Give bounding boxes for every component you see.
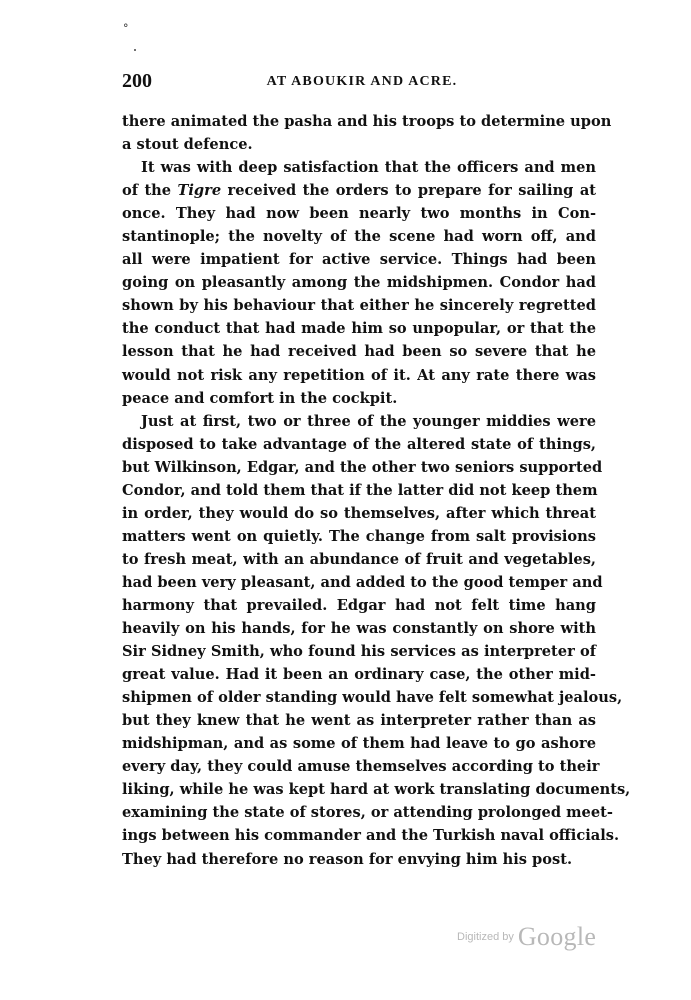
text-line: stantinople; the novelty of the scene ha… — [122, 225, 596, 248]
scan-artifact-dot — [134, 49, 136, 51]
text-line: liking, while he was kept hard at work t… — [122, 778, 596, 801]
text-line: matters went on quietly. The change from… — [122, 525, 596, 548]
text-line: a stout defence. — [122, 133, 596, 156]
text-line: Condor, and told them that if the latter… — [122, 479, 596, 502]
running-title: AT ABOUKIR AND ACRE. — [122, 74, 596, 90]
ship-name-italic: Tigre — [178, 182, 222, 199]
text-line: lesson that he had received had been so … — [122, 340, 596, 363]
text-line: all were impatient for active service. T… — [122, 248, 596, 271]
text-line: of the Tigre received the orders to prep… — [122, 179, 596, 202]
text-line: It was with deep satisfaction that the o… — [122, 156, 596, 179]
text-line: going on pleasantly among the midshipmen… — [122, 271, 596, 294]
text-line: great value. Had it been an ordinary cas… — [122, 663, 596, 686]
scan-artifact-mark: ° — [123, 22, 129, 35]
text-line: to fresh meat, with an abundance of frui… — [122, 548, 596, 571]
text-line: shipmen of older standing would have fel… — [122, 686, 596, 709]
text-line: peace and comfort in the cockpit. — [122, 387, 596, 410]
text-line: in order, they would do so themselves, a… — [122, 502, 596, 525]
text-segment: of the — [122, 182, 178, 199]
text-line: but they knew that he went as interprete… — [122, 709, 596, 732]
page-header: 200 AT ABOUKIR AND ACRE. — [122, 70, 596, 94]
digitized-by-google-watermark: Digitized by Google — [457, 922, 596, 952]
text-line: heavily on his hands, for he was constan… — [122, 617, 596, 640]
body-text: there animated the pasha and his troops … — [122, 110, 596, 871]
text-line: had been very pleasant, and added to the… — [122, 571, 596, 594]
text-line: examining the state of stores, or attend… — [122, 801, 596, 824]
text-line: once. They had now been nearly two month… — [122, 202, 596, 225]
text-line: shown by his behaviour that either he si… — [122, 294, 596, 317]
watermark-brand: Google — [518, 922, 596, 951]
text-line: every day, they could amuse themselves a… — [122, 755, 596, 778]
text-line: there animated the pasha and his troops … — [122, 110, 596, 133]
text-line: ings between his commander and the Turki… — [122, 824, 596, 847]
text-line: the conduct that had made him so unpopul… — [122, 317, 596, 340]
text-line: They had therefore no reason for envying… — [122, 848, 596, 871]
text-line: midshipman, and as some of them had leav… — [122, 732, 596, 755]
text-segment: received the orders to prepare for saili… — [221, 182, 596, 199]
text-line: harmony that prevailed. Edgar had not fe… — [122, 594, 596, 617]
text-line: Sir Sidney Smith, who found his services… — [122, 640, 596, 663]
book-page: ° 200 AT ABOUKIR AND ACRE. there animate… — [0, 0, 691, 1000]
watermark-prefix: Digitized by — [457, 931, 514, 943]
text-line: disposed to take advantage of the altere… — [122, 433, 596, 456]
text-line: but Wilkinson, Edgar, and the other two … — [122, 456, 596, 479]
text-line: would not risk any repetition of it. At … — [122, 364, 596, 387]
text-line: Just at first, two or three of the young… — [122, 410, 596, 433]
